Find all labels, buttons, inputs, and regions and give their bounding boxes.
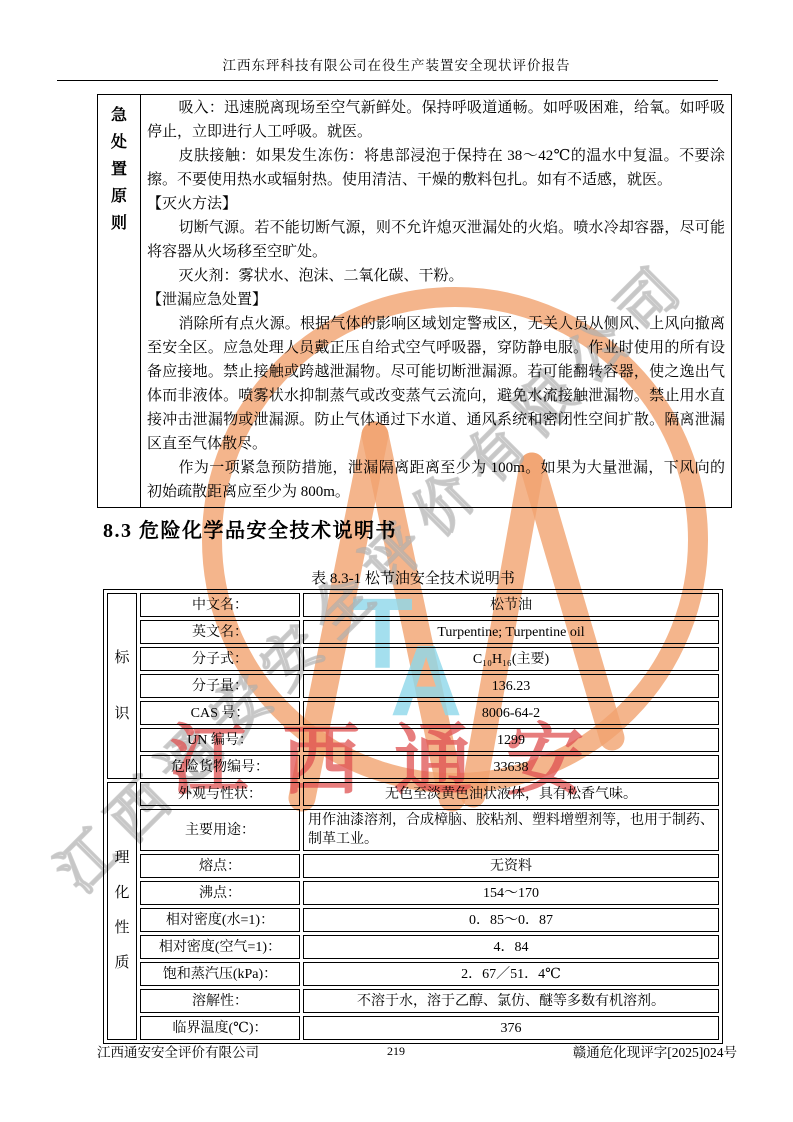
vertical-label-char: 识 <box>108 686 136 742</box>
emergency-paragraph: 消除所有点火源。根据气体的影响区域划定警戒区，无关人员从侧风、上风向撤离至安全区… <box>147 312 725 456</box>
table-row: CAS 号：8006-64-2 <box>107 701 719 725</box>
field-value-cell: 376 <box>303 1016 719 1040</box>
vertical-label-char: 则 <box>98 210 140 237</box>
field-label-cell: 主要用途： <box>140 809 300 851</box>
field-label-cell: 分子量： <box>140 674 300 698</box>
table-row: 分子量：136.23 <box>107 674 719 698</box>
field-label-cell: 外观与性状： <box>140 782 300 806</box>
field-label-cell: CAS 号： <box>140 701 300 725</box>
table-row: 理化性质外观与性状：无色至淡黄色油状液体，具有松香气味。 <box>107 782 719 806</box>
vertical-label-char: 理 <box>108 841 136 876</box>
table-row: UN 编号：1299 <box>107 728 719 752</box>
field-value-cell: C₁₀H₁₆(主要) <box>303 647 719 671</box>
table-row: 临界温度(℃)：376 <box>107 1016 719 1040</box>
field-value-cell: 不溶于水，溶于乙醇、氯仿、醚等多数有机溶剂。 <box>303 989 719 1013</box>
emergency-paragraph: 皮肤接触：如果发生冻伤：将患部浸泡于保持在 38～42℃的温水中复温。不要涂擦。… <box>147 144 725 192</box>
footer-doc-number: 赣通危化现评字[2025]024号 <box>573 1041 737 1061</box>
field-label-cell: 熔点： <box>140 854 300 878</box>
table-row: 相对密度(水=1)：0．85～0．87 <box>107 908 719 932</box>
emergency-paragraph: 【泄漏应急处置】 <box>147 288 725 312</box>
field-label-cell: 饱和蒸汽压(kPa)： <box>140 962 300 986</box>
field-label-cell: 中文名： <box>140 593 300 617</box>
vertical-label-char: 性 <box>108 911 136 946</box>
table-row: 标识中文名：松节油 <box>107 593 719 617</box>
emergency-paragraph: 吸入：迅速脱离现场至空气新鲜处。保持呼吸道通畅。如呼吸困难，给氧。如呼吸停止，立… <box>147 96 725 144</box>
table-row: 沸点：154～170 <box>107 881 719 905</box>
field-label-cell: 相对密度(空气=1)： <box>140 935 300 959</box>
field-label-cell: 危险货物编号： <box>140 755 300 779</box>
vertical-label-char: 处 <box>98 129 140 156</box>
table-row: 英文名：Turpentine; Turpentine oil <box>107 620 719 644</box>
field-label-cell: 英文名： <box>140 620 300 644</box>
group-label-cell: 理化性质 <box>107 782 137 1040</box>
table-row: 熔点：无资料 <box>107 854 719 878</box>
emergency-paragraph: 作为一项紧急预防措施，泄漏隔离距离至少为 100m。如果为大量泄漏，下风向的初始… <box>147 456 725 504</box>
msds-table: 标识中文名：松节油英文名：Turpentine; Turpentine oil分… <box>103 589 723 1044</box>
field-label-cell: 相对密度(水=1)： <box>140 908 300 932</box>
field-value-cell: 无资料 <box>303 854 719 878</box>
group-label-cell: 标识 <box>107 593 137 779</box>
emergency-paragraph: 灭火剂：雾状水、泡沫、二氧化碳、干粉。 <box>147 264 725 288</box>
field-value-cell: 无色至淡黄色油状液体，具有松香气味。 <box>303 782 719 806</box>
field-value-cell: 136.23 <box>303 674 719 698</box>
field-value-cell: 154～170 <box>303 881 719 905</box>
field-label-cell: 分子式： <box>140 647 300 671</box>
table-row: 饱和蒸汽压(kPa)：2．67／51．4℃ <box>107 962 719 986</box>
field-label-cell: 溶解性： <box>140 989 300 1013</box>
report-header-title: 江西东玶科技有限公司在役生产装置安全现状评价报告 <box>0 54 793 74</box>
footer-company: 江西通安安全评价有限公司 <box>97 1041 259 1061</box>
table-row: 危险货物编号：33638 <box>107 755 719 779</box>
msds-table-body: 标识中文名：松节油英文名：Turpentine; Turpentine oil分… <box>107 593 719 1040</box>
vertical-label-char: 质 <box>108 946 136 981</box>
field-value-cell: 松节油 <box>303 593 719 617</box>
document-page: T A 江西通安安全评价有限公司 江西通安 江西东玶科技有限公司在役生产装置安全… <box>0 0 793 1122</box>
vertical-label-char: 急 <box>98 102 140 129</box>
field-value-cell: 8006-64-2 <box>303 701 719 725</box>
field-value-cell: 4．84 <box>303 935 719 959</box>
section-heading: 8.3 危险化学品安全技术说明书 <box>103 514 397 543</box>
field-label-cell: 临界温度(℃)： <box>140 1016 300 1040</box>
vertical-label-char: 置 <box>98 156 140 183</box>
vertical-label-char: 原 <box>98 183 140 210</box>
emergency-disposal-table: 急处置原则 吸入：迅速脱离现场至空气新鲜处。保持呼吸道通畅。如呼吸困难，给氧。如… <box>97 94 732 508</box>
field-value-cell: 33638 <box>303 755 719 779</box>
table-row: 分子式：C₁₀H₁₆(主要) <box>107 647 719 671</box>
field-value-cell: 2．67／51．4℃ <box>303 962 719 986</box>
field-value-cell: 1299 <box>303 728 719 752</box>
emergency-paragraph: 【灭火方法】 <box>147 192 725 216</box>
emergency-paragraph: 切断气源。若不能切断气源，则不允许熄灭泄漏处的火焰。喷水冷却容器，尽可能将容器从… <box>147 216 725 264</box>
vertical-label-char: 标 <box>108 630 136 686</box>
emergency-row-label: 急处置原则 <box>98 95 141 507</box>
table-row: 相对密度(空气=1)：4．84 <box>107 935 719 959</box>
emergency-text-cell: 吸入：迅速脱离现场至空气新鲜处。保持呼吸道通畅。如呼吸困难，给氧。如呼吸停止，立… <box>141 95 731 507</box>
field-label-cell: UN 编号： <box>140 728 300 752</box>
table-row: 主要用途：用作油漆溶剂，合成樟脑、胶粘剂、塑料增塑剂等，也用于制药、制革工业。 <box>107 809 719 851</box>
field-value-cell: 0．85～0．87 <box>303 908 719 932</box>
footer-page-number: 219 <box>366 1044 426 1059</box>
field-label-cell: 沸点： <box>140 881 300 905</box>
header-rule <box>57 80 718 81</box>
msds-table-caption: 表 8.3-1 松节油安全技术说明书 <box>103 567 723 588</box>
field-value-cell: 用作油漆溶剂，合成樟脑、胶粘剂、塑料增塑剂等，也用于制药、制革工业。 <box>303 809 719 851</box>
field-value-cell: Turpentine; Turpentine oil <box>303 620 719 644</box>
table-row: 溶解性：不溶于水，溶于乙醇、氯仿、醚等多数有机溶剂。 <box>107 989 719 1013</box>
vertical-label-char: 化 <box>108 876 136 911</box>
